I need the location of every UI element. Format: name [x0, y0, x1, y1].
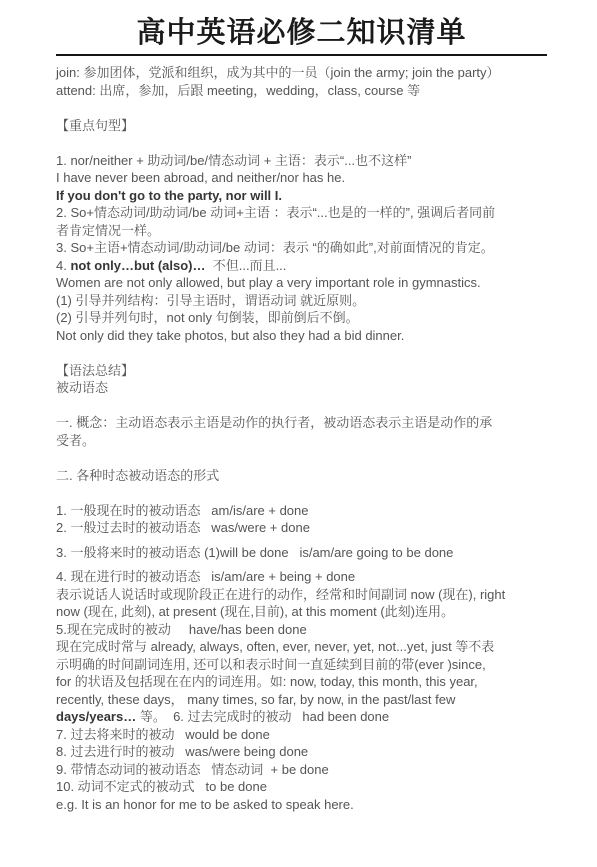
text-segment: 8. 过去进行时的被动 was/were being done	[56, 744, 308, 759]
form-5-note-line-4: recently, these days， many times, so far…	[56, 691, 547, 709]
form-10-infinitive: 10. 动词不定式的被动式 to be done	[56, 778, 547, 796]
text-segment: 1. nor/neither + 助动词/be/情态动词 + 主语：表示“...…	[56, 153, 411, 168]
text-segment: 表示说话人说话时或现阶段正在进行的动作，经常和时间副词 now (现在), ri…	[56, 587, 505, 602]
text-segment: (2) 引导并列句时，not only 句倒装，即前倒后不倒。	[56, 310, 359, 325]
pattern-1: 1. nor/neither + 助动词/be/情态动词 + 主语：表示“...…	[56, 152, 547, 170]
text-segment: 5.现在完成时的被动 have/has been done	[56, 622, 307, 637]
pattern-2-line-1: 2. So+情态动词/助动词/be 动词+主语 ：表示“...也是的一样的”, …	[56, 204, 547, 222]
form-5-note-line-1: 现在完成时常与 already, always, often, ever, ne…	[56, 638, 547, 656]
text-segment: 者肯定情况一样。	[56, 223, 160, 238]
text-segment: 【重点句型】	[56, 118, 134, 133]
document-lines: join: 参加团体，党派和组织，成为其中的一员（join the army; …	[56, 62, 547, 813]
pattern-4-example-1: Women are not only allowed, but play a v…	[56, 274, 547, 292]
bold-text-segment: days/years…	[56, 709, 136, 724]
text-segment: Women are not only allowed, but play a v…	[56, 275, 481, 290]
text-segment: 1. 一般现在时的被动语态 am/is/are + done	[56, 503, 309, 518]
spacer	[56, 561, 547, 568]
text-segment: 2. 一般过去时的被动语态 was/were + done	[56, 520, 310, 535]
pattern-1-example-1: I have never been abroad, and neither/no…	[56, 169, 547, 187]
pattern-4-note-2: (2) 引导并列句时，not only 句倒装，即前倒后不倒。	[56, 309, 547, 327]
text-segment: 一. 概念：主动语态表示主语是动作的执行者，被动语态表示主语是动作的承	[56, 415, 492, 430]
text-segment: 4. 现在进行时的被动语态 is/am/are + being + done	[56, 569, 355, 584]
bold-text-segment: not only…but (also)…	[70, 258, 205, 273]
text-segment: Not only did they take photos, but also …	[56, 328, 404, 343]
text-segment: 被动语态	[56, 380, 108, 395]
spacer	[56, 397, 547, 415]
concept-line-1: 一. 概念：主动语态表示主语是动作的执行者，被动语态表示主语是动作的承	[56, 414, 547, 432]
spacer	[56, 344, 547, 362]
text-segment: 现在完成时常与 already, always, often, ever, ne…	[56, 639, 494, 654]
text-segment: 7. 过去将来时的被动 would be done	[56, 727, 270, 742]
section-heading-grammar: 【语法总结】	[56, 362, 547, 380]
text-segment: 二. 各种时态被动语态的形式	[56, 468, 219, 483]
text-segment: (1) 引导并列结构：引导主语时，谓语动词 就近原则。	[56, 293, 365, 308]
pattern-2-line-2: 者肯定情况一样。	[56, 222, 547, 240]
intro-join-line: join: 参加团体，党派和组织，成为其中的一员（join the army; …	[56, 64, 547, 82]
bold-text-segment: If you don't go to the party, nor will I…	[56, 188, 282, 203]
text-segment: 3. 一般将来时的被动语态 (1)will be done is/am/are …	[56, 545, 453, 560]
text-segment: 4.	[56, 258, 70, 273]
text-segment: recently, these days， many times, so far…	[56, 692, 455, 707]
title-divider	[56, 54, 547, 56]
form-9-modal: 9. 带情态动词的被动语态 情态动词 + be done	[56, 761, 547, 779]
text-segment: I have never been abroad, and neither/no…	[56, 170, 345, 185]
text-segment: 3. So+主语+情态动词/助动词/be 动词：表示 “的确如此”,对前面情况的…	[56, 240, 494, 255]
spacer	[56, 449, 547, 467]
text-segment: join: 参加团体，党派和组织，成为其中的一员（join the army; …	[56, 65, 500, 80]
form-4-present-continuous: 4. 现在进行时的被动语态 is/am/are + being + done	[56, 568, 547, 586]
document-page: 高中英语必修二知识清单 join: 参加团体，党派和组织，成为其中的一员（joi…	[0, 0, 597, 867]
text-segment: now (现在, 此刻), at present (现在,目前), at thi…	[56, 604, 454, 619]
page-title: 高中英语必修二知识清单	[56, 14, 547, 50]
form-5-note-line-2: 示明确的时间副词连用, 还可以和表示时间一直延续到目前的带(ever )sinc…	[56, 656, 547, 674]
pattern-4-example-2: Not only did they take photos, but also …	[56, 327, 547, 345]
section-heading-key-patterns: 【重点句型】	[56, 117, 547, 135]
form-8-past-continuous: 8. 过去进行时的被动 was/were being done	[56, 743, 547, 761]
form-2-past-simple: 2. 一般过去时的被动语态 was/were + done	[56, 519, 547, 537]
intro-attend-line: attend: 出席，参加，后跟 meeting，wedding，class, …	[56, 82, 547, 100]
text-segment: 2. So+情态动词/助动词/be 动词+主语 ：表示“...也是的一样的”, …	[56, 205, 495, 220]
text-segment: 10. 动词不定式的被动式 to be done	[56, 779, 267, 794]
pattern-4: 4. not only…but (also)… 不但...而且...	[56, 257, 547, 275]
spacer	[56, 484, 547, 502]
form-1-present-simple: 1. 一般现在时的被动语态 am/is/are + done	[56, 502, 547, 520]
text-segment: 受者。	[56, 433, 95, 448]
text-segment: 9. 带情态动词的被动语态 情态动词 + be done	[56, 762, 329, 777]
form-5-note-end-and-form-6: days/years… 等。 6. 过去完成时的被动 had been done	[56, 708, 547, 726]
text-segment: 不但...而且...	[206, 258, 287, 273]
text-segment: 示明确的时间副词连用, 还可以和表示时间一直延续到目前的带(ever )sinc…	[56, 657, 486, 672]
spacer	[56, 99, 547, 117]
form-5-note-line-3: for 的状语及包括现在在内的词连用。如: now, today, this m…	[56, 673, 547, 691]
pattern-4-note-1: (1) 引导并列结构：引导主语时，谓语动词 就近原则。	[56, 292, 547, 310]
form-4-note-line-2: now (现在, 此刻), at present (现在,目前), at thi…	[56, 603, 547, 621]
grammar-subtitle: 被动语态	[56, 379, 547, 397]
form-7-past-future: 7. 过去将来时的被动 would be done	[56, 726, 547, 744]
example-sentence: e.g. It is an honor for me to be asked t…	[56, 796, 547, 814]
pattern-3: 3. So+主语+情态动词/助动词/be 动词：表示 “的确如此”,对前面情况的…	[56, 239, 547, 257]
form-3-future-simple: 3. 一般将来时的被动语态 (1)will be done is/am/are …	[56, 544, 547, 562]
forms-heading: 二. 各种时态被动语态的形式	[56, 467, 547, 485]
spacer	[56, 134, 547, 152]
pattern-1-example-2: If you don't go to the party, nor will I…	[56, 187, 547, 205]
form-4-note-line-1: 表示说话人说话时或现阶段正在进行的动作，经常和时间副词 now (现在), ri…	[56, 586, 547, 604]
text-segment: 【语法总结】	[56, 363, 134, 378]
form-5-present-perfect: 5.现在完成时的被动 have/has been done	[56, 621, 547, 639]
spacer	[56, 537, 547, 544]
text-segment: attend: 出席，参加，后跟 meeting，wedding，class, …	[56, 83, 420, 98]
text-segment: e.g. It is an honor for me to be asked t…	[56, 797, 354, 812]
concept-line-2: 受者。	[56, 432, 547, 450]
text-segment: for 的状语及包括现在在内的词连用。如: now, today, this m…	[56, 674, 478, 689]
text-segment: 等。 6. 过去完成时的被动 had been done	[136, 709, 389, 724]
